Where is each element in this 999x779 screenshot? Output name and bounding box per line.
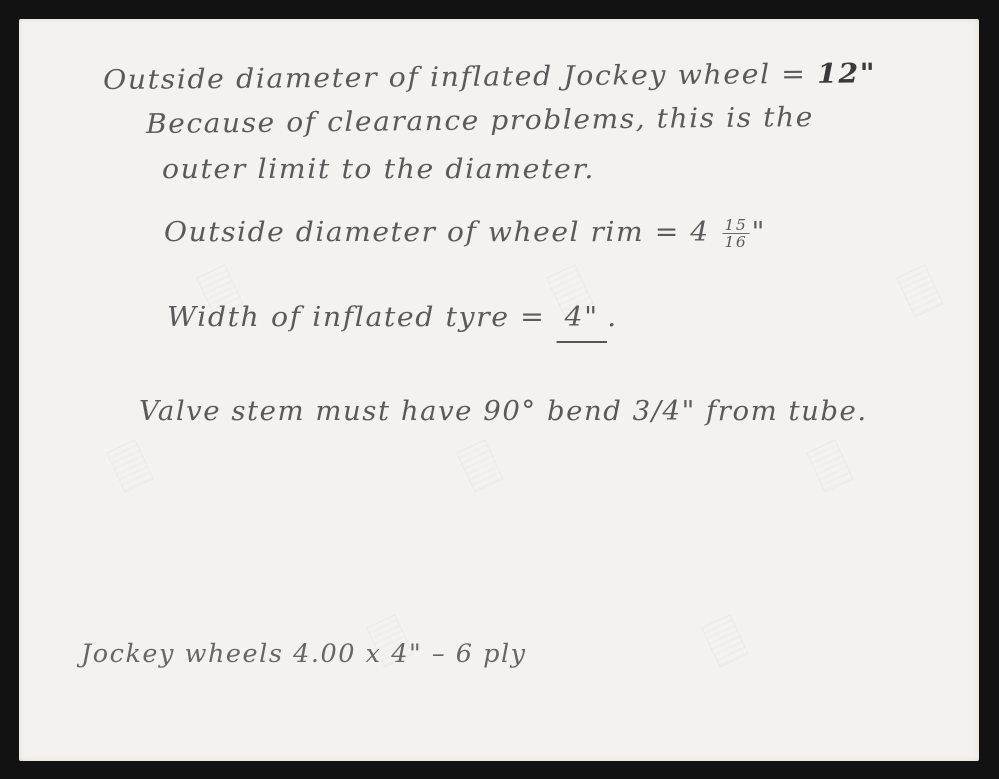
handwritten-line-jockey-wheels-spec: Jockey wheels 4.00 x 4" – 6 ply [81,639,527,668]
handwritten-line-wheel-rim-diameter: Outside diameter of wheel rim = 4 15 16 … [164,217,766,250]
line-text: outer limit to the diameter. [162,154,595,185]
note-paper: Outside diameter of inflated Jockey whee… [19,19,979,761]
handwritten-line-outside-diameter-jockey-wheel: Outside diameter of inflated Jockey whee… [103,58,876,96]
fraction-denominator: 16 [722,234,749,250]
diameter-value: 12" [817,58,876,90]
line-suffix: . [607,302,618,333]
line-text: Because of clearance problems, this is t… [146,102,814,140]
watermark-stamp [896,264,944,317]
line-text: Valve stem must have 90° bend 3/4" from … [139,396,868,427]
inch-mark: " [752,217,766,248]
watermark-stamp [701,614,749,667]
handwritten-line-clearance-note: Because of clearance problems, this is t… [146,102,814,140]
watermark-stamp [806,439,854,492]
line-text: Outside diameter of wheel rim = 4 [164,217,710,248]
line-text: Width of inflated tyre = [167,302,556,333]
line-text: Jockey wheels 4.00 x 4" – 6 ply [81,639,527,668]
handwritten-line-valve-stem: Valve stem must have 90° bend 3/4" from … [139,396,868,427]
watermark-stamp [106,439,154,492]
line-text: Outside diameter of inflated Jockey whee… [103,59,817,96]
watermark-stamp [456,439,504,492]
tyre-width-value: 4" [556,302,607,343]
fraction-value: 15 16 [722,217,749,250]
handwritten-line-tyre-width: Width of inflated tyre = 4". [167,302,618,343]
fraction-numerator: 15 [722,217,749,234]
handwritten-line-outer-limit: outer limit to the diameter. [162,154,595,185]
